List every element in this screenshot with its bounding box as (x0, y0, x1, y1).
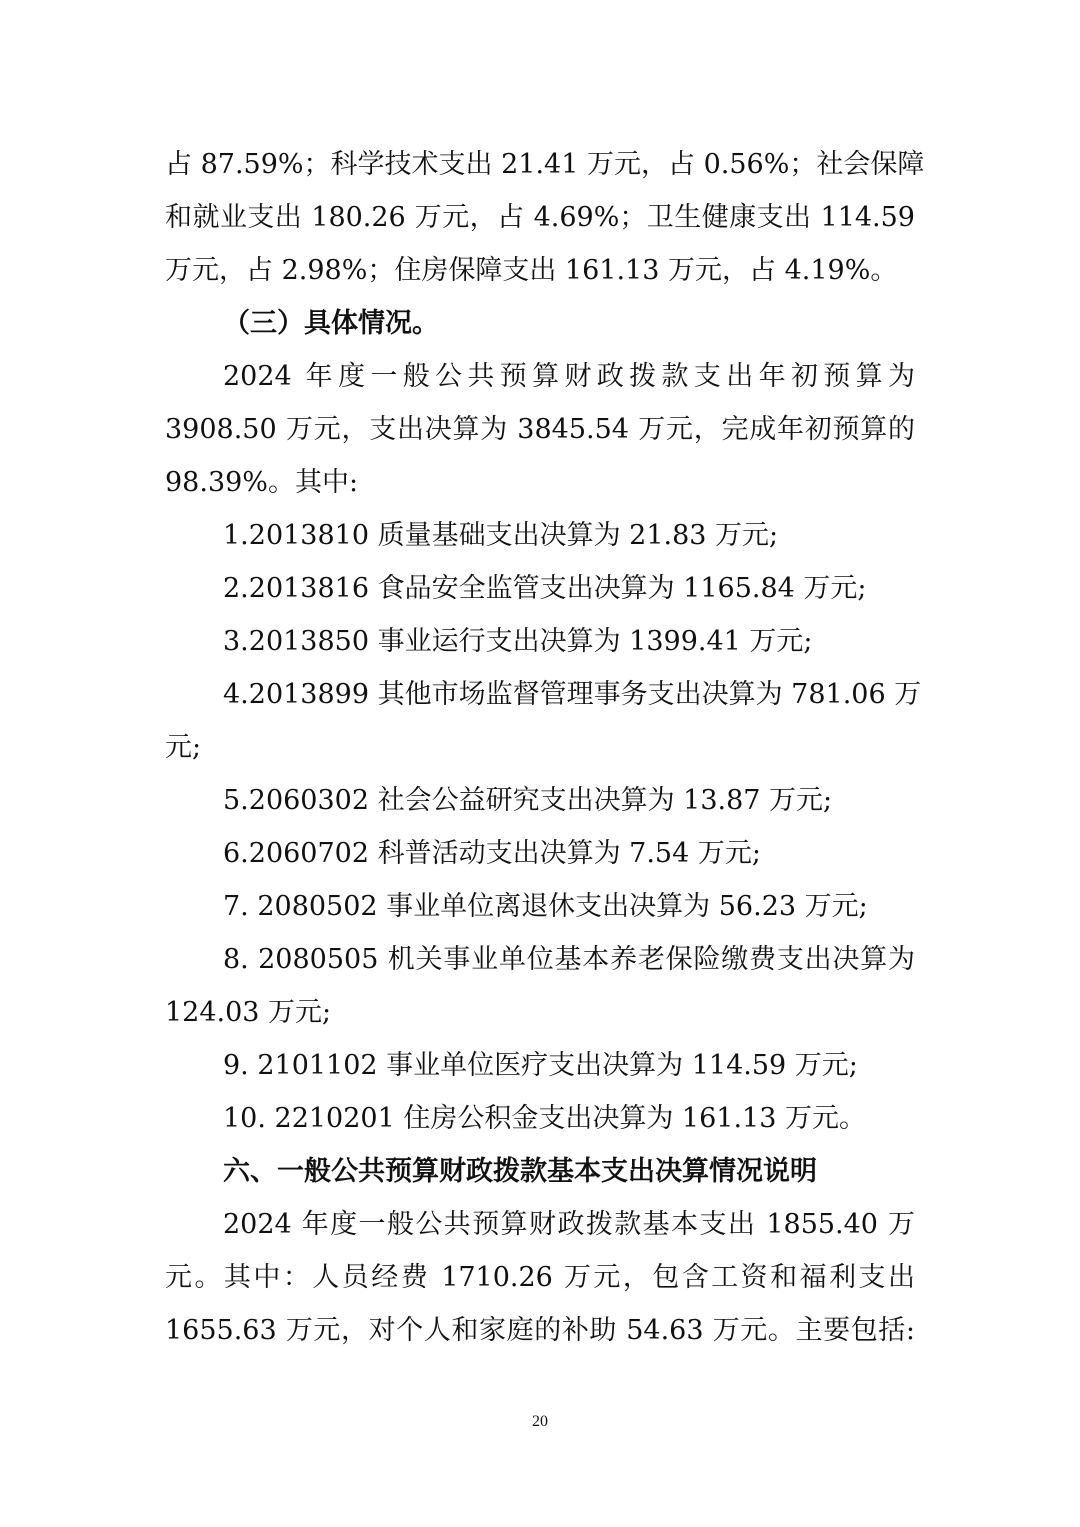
document-page: 占 87.59%；科学技术支出 21.41 万元，占 0.56%；社会保障 和就… (165, 138, 915, 1357)
paragraph-line: 98.39%。其中: (165, 456, 915, 509)
list-item: 4.2013899 其他市场监督管理事务支出决算为 781.06 万 (165, 668, 915, 721)
paragraph-line: 元。其中：人员经费 1710.26 万元，包含工资和福利支出 (165, 1251, 915, 1304)
list-item: 7. 2080502 事业单位离退休支出决算为 56.23 万元; (165, 880, 915, 933)
subsection-heading: （三）具体情况。 (165, 297, 915, 350)
paragraph-line: 1655.63 万元，对个人和家庭的补助 54.63 万元。主要包括: (165, 1304, 915, 1357)
list-item-continuation: 元; (165, 721, 915, 774)
list-item: 6.2060702 科普活动支出决算为 7.54 万元; (165, 827, 915, 880)
list-item: 2.2013816 食品安全监管支出决算为 1165.84 万元; (165, 562, 915, 615)
paragraph-line: 3908.50 万元，支出决算为 3845.54 万元，完成年初预算的 (165, 403, 915, 456)
list-item-continuation: 124.03 万元; (165, 986, 915, 1039)
paragraph-line: 和就业支出 180.26 万元，占 4.69%；卫生健康支出 114.59 (165, 191, 915, 244)
section-heading: 六、一般公共预算财政拨款基本支出决算情况说明 (165, 1145, 915, 1198)
paragraph-line: 2024 年度一般公共预算财政拨款支出年初预算为 (165, 350, 915, 403)
list-item: 3.2013850 事业运行支出决算为 1399.41 万元; (165, 615, 915, 668)
list-item: 5.2060302 社会公益研究支出决算为 13.87 万元; (165, 774, 915, 827)
page-number: 20 (0, 1413, 1080, 1431)
list-item: 10. 2210201 住房公积金支出决算为 161.13 万元。 (165, 1092, 915, 1145)
paragraph-line: 占 87.59%；科学技术支出 21.41 万元，占 0.56%；社会保障 (165, 138, 915, 191)
list-item: 1.2013810 质量基础支出决算为 21.83 万元; (165, 509, 915, 562)
list-item: 9. 2101102 事业单位医疗支出决算为 114.59 万元; (165, 1039, 915, 1092)
paragraph-line: 万元，占 2.98%；住房保障支出 161.13 万元，占 4.19%。 (165, 244, 915, 297)
paragraph-line: 2024 年度一般公共预算财政拨款基本支出 1855.40 万 (165, 1198, 915, 1251)
list-item: 8. 2080505 机关事业单位基本养老保险缴费支出决算为 (165, 933, 915, 986)
